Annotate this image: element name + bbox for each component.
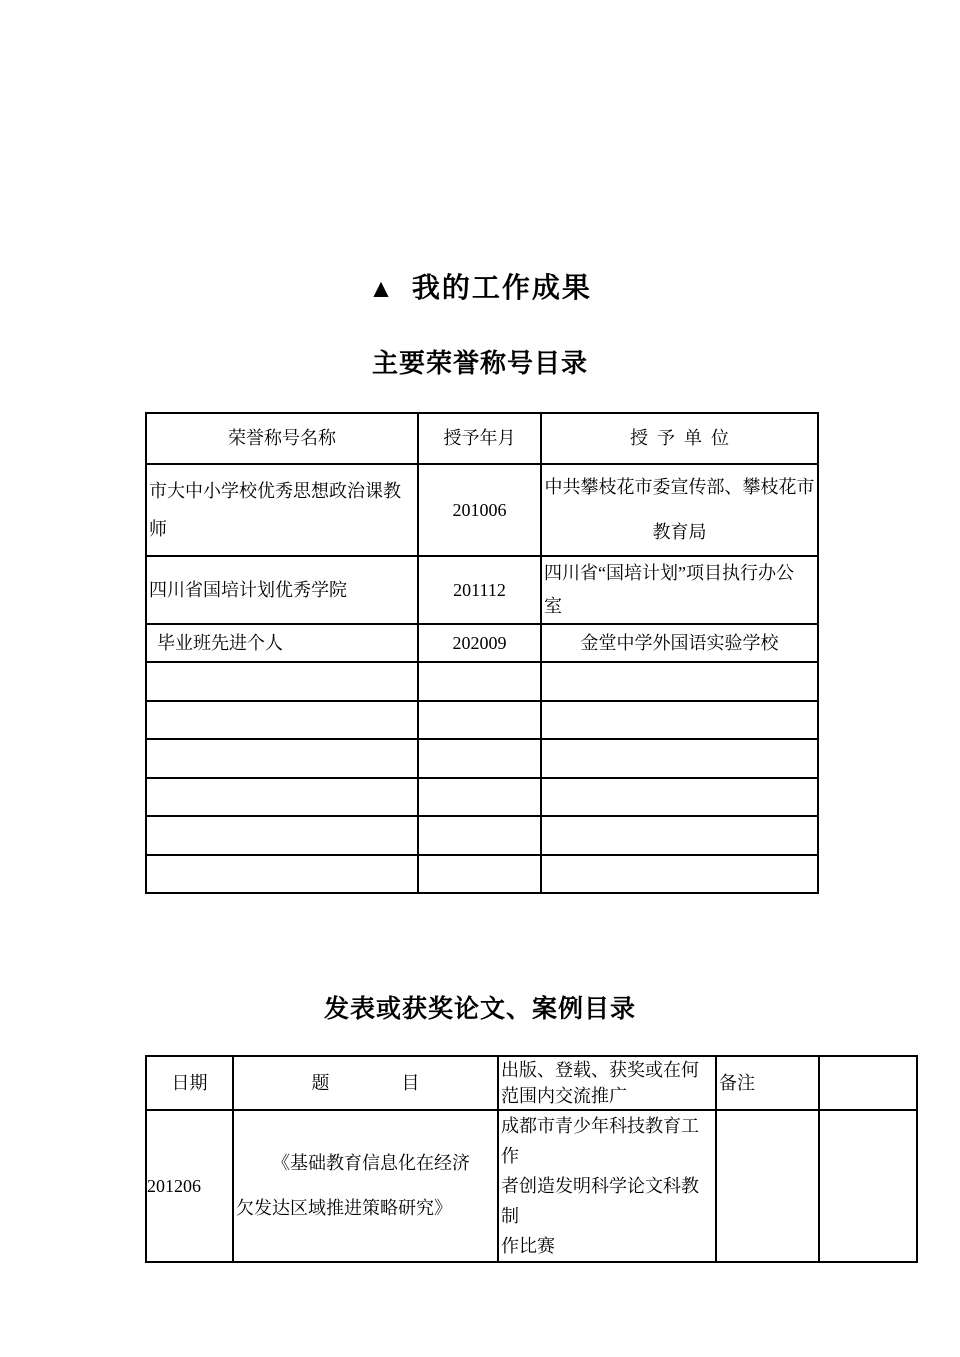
empty-cell — [418, 855, 541, 894]
honor-header-unit: 授 予 单 位 — [541, 413, 818, 464]
honor-section-title: 主要荣誉称号目录 — [0, 343, 960, 380]
empty-cell — [418, 816, 541, 855]
triangle-bullet-icon: ▲ — [368, 274, 396, 303]
empty-cell — [146, 739, 418, 778]
honor-empty-row — [146, 855, 818, 894]
honor-empty-row — [146, 816, 818, 855]
empty-cell — [541, 855, 818, 894]
honor-date-cell: 202009 — [418, 624, 541, 662]
page-title-text: 我的工作成果 — [412, 273, 592, 304]
honor-date-cell: 201006 — [418, 464, 541, 556]
honor-date-cell: 201112 — [418, 556, 541, 624]
empty-cell — [418, 778, 541, 817]
papers-header-date: 日期 — [146, 1056, 233, 1110]
papers-header-venue: 出版、登载、获奖或在何 范围内交流推广 — [498, 1056, 716, 1110]
empty-cell — [146, 662, 418, 701]
papers-venue-cell: 成都市青少年科技教育工作 者创造发明科学论文科教制 作比赛 — [498, 1110, 716, 1262]
document-page: ▲我的工作成果 主要荣誉称号目录 荣誉称号名称 授予年月 授 予 单 位 市大中… — [0, 0, 960, 1357]
papers-header-title: 题 目 — [233, 1056, 498, 1110]
empty-cell — [541, 816, 818, 855]
honor-table-header-row: 荣誉称号名称 授予年月 授 予 单 位 — [146, 413, 818, 464]
honor-header-date: 授予年月 — [418, 413, 541, 464]
papers-note-cell — [716, 1110, 819, 1262]
honor-name-cell: 毕业班先进个人 — [146, 624, 418, 662]
papers-table-header-row: 日期 题 目 出版、登载、获奖或在何 范围内交流推广 备注 — [146, 1056, 917, 1110]
honor-unit-cell: 金堂中学外国语实验学校 — [541, 624, 818, 662]
honor-header-name: 荣誉称号名称 — [146, 413, 418, 464]
honor-name-cell: 市大中小学校优秀思想政治课教 师 — [146, 464, 418, 556]
honor-table-row: 四川省国培计划优秀学院 201112 四川省“国培计划”项目执行办公 室 — [146, 556, 818, 624]
honor-table-row: 市大中小学校优秀思想政治课教 师 201006 中共攀枝花市委宣传部、攀枝花市 … — [146, 464, 818, 556]
honor-unit-cell: 四川省“国培计划”项目执行办公 室 — [541, 556, 818, 624]
honor-empty-row — [146, 701, 818, 740]
empty-cell — [146, 778, 418, 817]
honor-table-row: 毕业班先进个人 202009 金堂中学外国语实验学校 — [146, 624, 818, 662]
papers-section-title: 发表或获奖论文、案例目录 — [0, 989, 960, 1025]
papers-header-note: 备注 — [716, 1056, 819, 1110]
papers-table-row: 201206 《基础教育信息化在经济 欠发达区域推进策略研究》 成都市青少年科技… — [146, 1110, 917, 1262]
empty-cell — [541, 778, 818, 817]
empty-cell — [418, 662, 541, 701]
papers-header-extra — [819, 1056, 917, 1110]
papers-date-cell: 201206 — [146, 1110, 233, 1262]
empty-cell — [541, 701, 818, 740]
honor-empty-row — [146, 739, 818, 778]
papers-table: 日期 题 目 出版、登载、获奖或在何 范围内交流推广 备注 201206 《基础… — [145, 1055, 918, 1263]
empty-cell — [146, 855, 418, 894]
honor-unit-cell: 中共攀枝花市委宣传部、攀枝花市 教育局 — [541, 464, 818, 556]
empty-cell — [541, 739, 818, 778]
papers-extra-cell — [819, 1110, 917, 1262]
empty-cell — [418, 739, 541, 778]
empty-cell — [418, 701, 541, 740]
honor-name-cell: 四川省国培计划优秀学院 — [146, 556, 418, 624]
honor-empty-row — [146, 662, 818, 701]
page-title: ▲我的工作成果 — [0, 266, 960, 306]
empty-cell — [146, 816, 418, 855]
honor-empty-row — [146, 778, 818, 817]
papers-title-cell: 《基础教育信息化在经济 欠发达区域推进策略研究》 — [233, 1110, 498, 1262]
empty-cell — [541, 662, 818, 701]
empty-cell — [146, 701, 418, 740]
honor-table: 荣誉称号名称 授予年月 授 予 单 位 市大中小学校优秀思想政治课教 师 201… — [145, 412, 819, 894]
